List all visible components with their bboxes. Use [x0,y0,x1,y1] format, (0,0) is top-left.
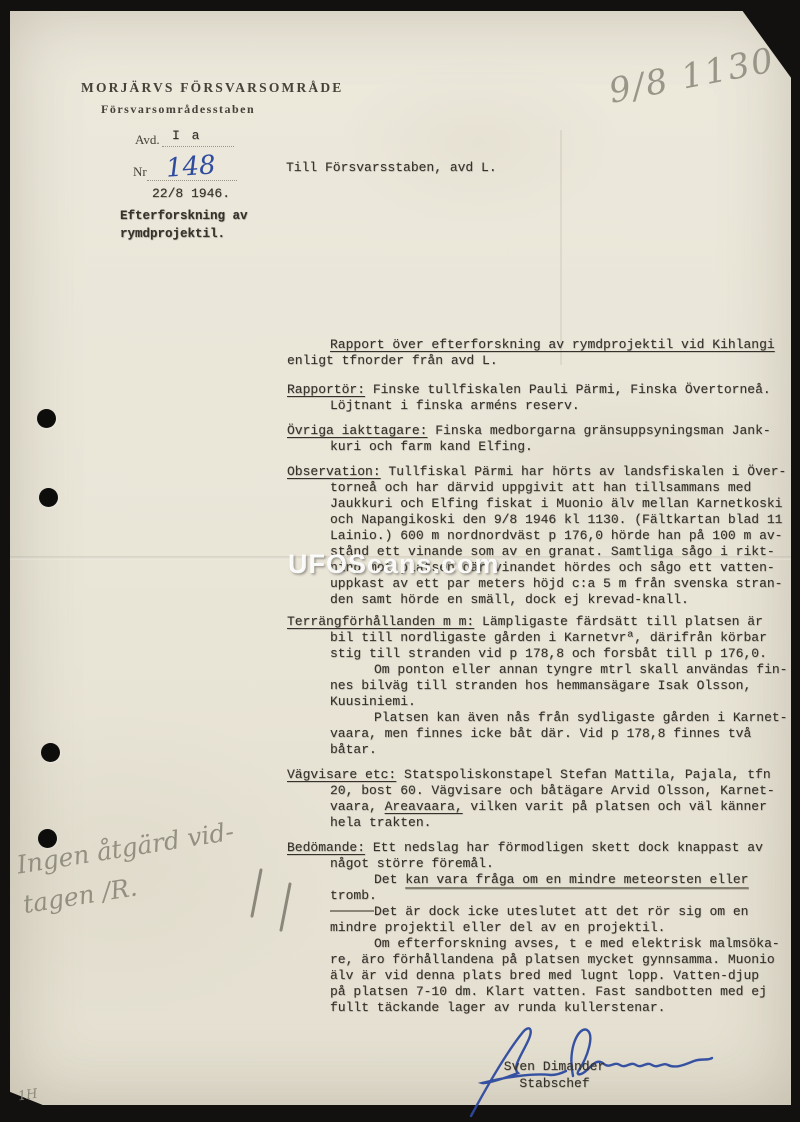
body-line: 20, bost 60. Vägvisare och båtägare Arvi… [330,783,792,799]
body-line: Platsen kan även nås från sydligaste går… [374,710,792,726]
document-body: Rapport över efterforskning av rymdproje… [287,337,792,1025]
text-segment: Bedömande: [287,840,365,855]
text-segment: Platsen kan även nås från sydligaste går… [374,710,787,725]
punch-hole [41,743,60,762]
punch-hole [37,409,56,428]
body-line: fullt täckande lager av runda kullersten… [330,1000,792,1016]
body-line: nes bilväg till stranden hos hemmansägar… [330,678,792,694]
paragraph-terrang: Terrängförhållanden m m: Lämpligaste fär… [287,614,792,758]
text-segment: Terrängförhållanden m m: [287,614,474,629]
body-line: vaara, Areavaara, vilken varit på platse… [330,799,792,815]
text-segment: mindre projektil eller del av en projekt… [330,920,665,935]
body-line: re, äro förhållandena på platsen mycket … [330,952,792,968]
text-segment: kuri och farm kand Elfing. [330,439,533,454]
text-segment: Kuusiniemi. [330,694,416,709]
text-segment: älv är vid denna plats bred med lugnt lo… [330,968,759,983]
text-segment: Ett nedslag har förmodligen skett dock k… [365,840,763,855]
body-line: något större föremål. [330,856,792,872]
text-segment: Statspoliskonstapel Stefan Mattila, Paja… [396,767,770,782]
text-segment: Finske tullfiskalen Pauli Pärmi, Finska … [365,382,771,397]
body-line: Jaukkuri och Elfing fiskat i Muonio älv … [330,496,792,512]
text-segment: Övriga iakttagare: [287,423,427,438]
text-segment: Observation: [287,464,381,479]
nr-dotted-line [147,179,237,181]
body-line: Bedömande: Ett nedslag har förmodligen s… [287,840,792,856]
body-line: torneå och har därvid uppgivit att han t… [330,480,792,496]
paragraph-ovriga: Övriga iakttagare: Finska medborgarna gr… [287,423,792,455]
text-segment: 20, bost 60. Vägvisare och båtägare Arvi… [330,783,775,798]
punch-hole [39,488,58,507]
text-segment: vaara, [330,799,385,814]
text-segment: re, äro förhållandena på platsen mycket … [330,952,775,967]
text-segment: Det [374,872,405,887]
text-segment: Tullfiskal Pärmi har hörts av landsfiska… [381,464,787,479]
text-segment: Rapportör: [287,382,365,397]
text-segment: Vägvisare etc: [287,767,396,782]
text-segment: Lämpligaste färdsätt till platsen är [474,614,763,629]
text-segment: vaara, men finnes icke båt där. Vid p 17… [330,726,751,741]
text-segment: tromb. [330,888,377,903]
text-segment: nes bilväg till stranden hos hemmansägar… [330,678,751,693]
text-segment: på platsen 7-10 dm. Klart vatten. Fast s… [330,984,767,999]
pencil-dash [330,906,374,912]
body-line: Om efterforskning avses, t e med elektri… [374,936,792,952]
text-segment: Areavaara, [385,799,463,814]
avd-dotted-line [162,145,234,147]
body-line: Övriga iakttagare: Finska medborgarna gr… [287,423,792,439]
body-line: stig till stranden vid p 178,8 och forsb… [330,646,792,662]
text-segment: fullt täckande lager av runda kullersten… [330,1000,665,1015]
text-segment: och Napangikoski den 9/8 1946 kl 1130. (… [330,512,782,527]
body-line: den samt hörde en smäll, dock ej krevad-… [330,592,792,608]
body-line: Löjtnant i finska arméns reserv. [330,398,792,414]
recipient-line: Till Försvarsstaben, avd L. [286,160,497,175]
body-line: båtar. [330,742,792,758]
body-line: Terrängförhållanden m m: Lämpligaste fär… [287,614,792,630]
text-segment: Om ponton eller annan tyngre mtrl skall … [374,662,787,677]
body-line: enligt tfnorder från avd L. [287,353,792,369]
avd-label: Avd. [135,132,160,148]
body-line: Observation: Tullfiskal Pärmi har hörts … [287,464,792,480]
subject-line: rymdprojektil. [120,226,248,244]
text-segment: hela trakten. [330,815,431,830]
text-segment: Löjtnant i finska arméns reserv. [330,398,580,413]
document-date: 22/8 1946. [152,186,230,201]
fold-crease-vertical [560,130,562,365]
paragraph-title: Rapport över efterforskning av rymdproje… [287,337,792,369]
body-line: älv är vid denna plats bred med lugnt lo… [330,968,792,984]
text-segment: stig till stranden vid p 178,8 och forsb… [330,646,767,661]
body-line: Rapportör: Finske tullfiskalen Pauli Pär… [287,382,792,398]
scanned-document: MORJÄRVS FÖRSVARSOMRÅDE Försvarsområdess… [0,0,800,1122]
signatory-name: Sven Dimander [447,1058,662,1075]
body-line: tromb. [330,888,792,904]
body-line: Rapport över efterforskning av rymdproje… [330,337,792,353]
document-subject: Efterforskning av rymdprojektil. [120,208,248,243]
text-segment: Lainio.) 600 m nordnordväst p 176,0 hörd… [330,528,782,543]
letterhead-org-unit: Försvarsområdesstaben [101,102,255,117]
body-line: Lainio.) 600 m nordnordväst p 176,0 hörd… [330,528,792,544]
text-segment: båtar. [330,742,377,757]
subject-line: Efterforskning av [120,208,248,226]
corner-pencil-mark: 1H [17,1087,39,1105]
body-line: kuri och farm kand Elfing. [330,439,792,455]
text-segment: Jaukkuri och Elfing fiskat i Muonio älv … [330,496,782,511]
body-line: bil till nordligaste gården i Karnetvrª,… [330,630,792,646]
body-line: mindre projektil eller del av en projekt… [330,920,792,936]
body-line: på platsen 7-10 dm. Klart vatten. Fast s… [330,984,792,1000]
body-line: Det kan vara fråga om en mindre meteorst… [374,872,792,888]
text-segment: enligt tfnorder från avd L. [287,353,498,368]
body-line: Om ponton eller annan tyngre mtrl skall … [374,662,792,678]
body-line: och Napangikoski den 9/8 1946 kl 1130. (… [330,512,792,528]
watermark: UFOScans.com [288,549,500,580]
body-line: vaara, men finnes icke båt där. Vid p 17… [330,726,792,742]
text-segment: Finska medborgarna gränsuppsyningsman Ja… [427,423,770,438]
paragraph-bedomande: Bedömande: Ett nedslag har förmodligen s… [287,840,792,1016]
text-segment: något större föremål. [330,856,494,871]
body-line: Det är dock icke uteslutet att det rör s… [330,904,792,920]
body-line: Vägvisare etc: Statspoliskonstapel Stefa… [287,767,792,783]
paragraph-observation: Observation: Tullfiskal Pärmi har hörts … [287,464,792,608]
nr-label: Nr [133,164,147,180]
text-segment: bil till nordligaste gården i Karnetvrª,… [330,630,767,645]
signature-block: Sven Dimander Stabschef [447,1058,662,1092]
signatory-title: Stabschef [447,1075,662,1092]
body-line: Kuusiniemi. [330,694,792,710]
text-segment: kan vara fråga om en mindre meteorsten e… [405,872,748,887]
avd-value: I a [172,128,201,143]
text-segment: torneå och har därvid uppgivit att han t… [330,480,751,495]
text-segment: vilken varit på platsen och väl känner [463,799,767,814]
text-segment: Rapport över efterforskning av rymdproje… [330,337,775,352]
letterhead-org-name: MORJÄRVS FÖRSVARSOMRÅDE [81,80,344,96]
text-segment: Om efterforskning avses, t e med elektri… [374,936,780,951]
paragraph-rapportor: Rapportör: Finske tullfiskalen Pauli Pär… [287,382,792,414]
text-segment: Det är dock icke uteslutet att det rör s… [374,904,748,919]
body-line: hela trakten. [330,815,792,831]
paragraph-vagvisare: Vägvisare etc: Statspoliskonstapel Stefa… [287,767,792,831]
text-segment: den samt hörde en smäll, dock ej krevad-… [330,592,689,607]
